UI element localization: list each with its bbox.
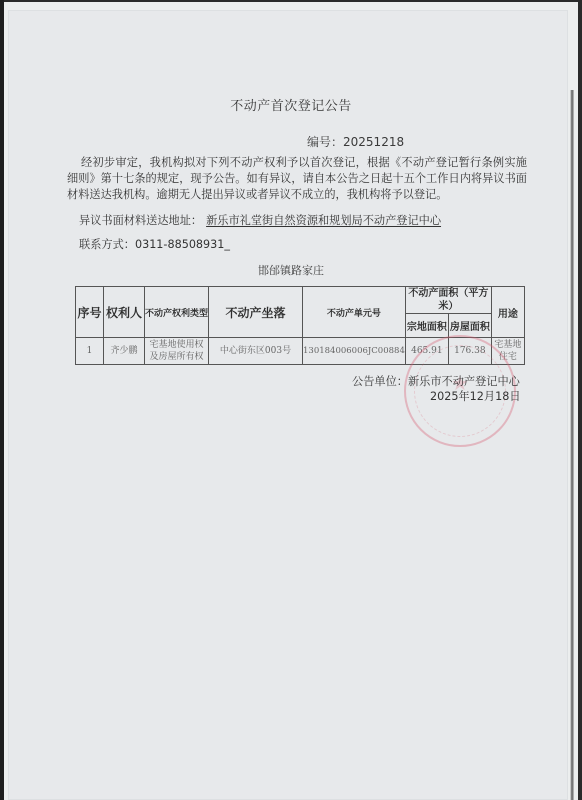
header-serial: 序号 [76, 287, 104, 338]
announcing-unit: 公告单位：新乐市不动产登记中心 [352, 373, 520, 389]
header-land-area: 宗地面积 [405, 314, 448, 338]
announcement-paragraph: 经初步审定，我机构拟对下列不动产权利予以首次登记，根据《不动产登记暂行条例实施细… [67, 155, 527, 203]
cell-land-area: 465.91 [405, 338, 448, 365]
document-number: 编号：20251218 [307, 133, 404, 150]
contact-value: 0311-88508931_ [135, 238, 230, 251]
objection-address-value: 新乐市礼堂街自然资源和规划局不动产登记中心 [206, 214, 441, 227]
document-title: 不动产首次登记公告 [0, 95, 582, 114]
header-location: 不动产坐落 [209, 287, 303, 338]
cell-building-area: 176.38 [448, 338, 491, 365]
registration-table: 序号 权利人 不动产权利类型 不动产坐落 不动产单元号 不动产面积（平方米） 用… [75, 286, 525, 365]
table-row: 1 齐少鹏 宅基地使用权及房屋所有权 中心街东区003号 13018400600… [76, 338, 525, 365]
header-obligee: 权利人 [104, 287, 145, 338]
header-building-area: 房屋面积 [448, 314, 491, 338]
document-number-value: 20251218 [343, 135, 404, 149]
cell-location: 中心街东区003号 [209, 338, 303, 365]
contact-info: 联系方式：0311-88508931_ [79, 236, 230, 252]
document-page [8, 10, 568, 800]
cell-serial: 1 [76, 338, 104, 365]
announcement-date: 2025年12月18日 [430, 388, 521, 404]
page-edge-shadow [570, 90, 574, 800]
objection-address: 异议书面材料送达地址：新乐市礼堂街自然资源和规划局不动产登记中心 [79, 212, 441, 228]
announcing-unit-label: 公告单位： [352, 375, 408, 388]
objection-address-label: 异议书面材料送达地址： [79, 214, 202, 227]
cell-unit-number: 130184006006JC00884 [303, 338, 406, 365]
header-right-type: 不动产权利类型 [145, 287, 209, 338]
header-unit-number: 不动产单元号 [303, 287, 406, 338]
cell-right-type: 宅基地使用权及房屋所有权 [145, 338, 209, 365]
header-usage: 用途 [491, 287, 524, 338]
contact-label: 联系方式： [79, 238, 135, 251]
cell-usage: 宅基地住宅 [491, 338, 524, 365]
cell-obligee: 齐少鹏 [104, 338, 145, 365]
village-location: 邯邰镇路家庄 [0, 262, 582, 278]
announcing-unit-name: 新乐市不动产登记中心 [408, 375, 520, 388]
document-number-label: 编号： [307, 135, 343, 149]
header-area-group: 不动产面积（平方米） [405, 287, 491, 314]
